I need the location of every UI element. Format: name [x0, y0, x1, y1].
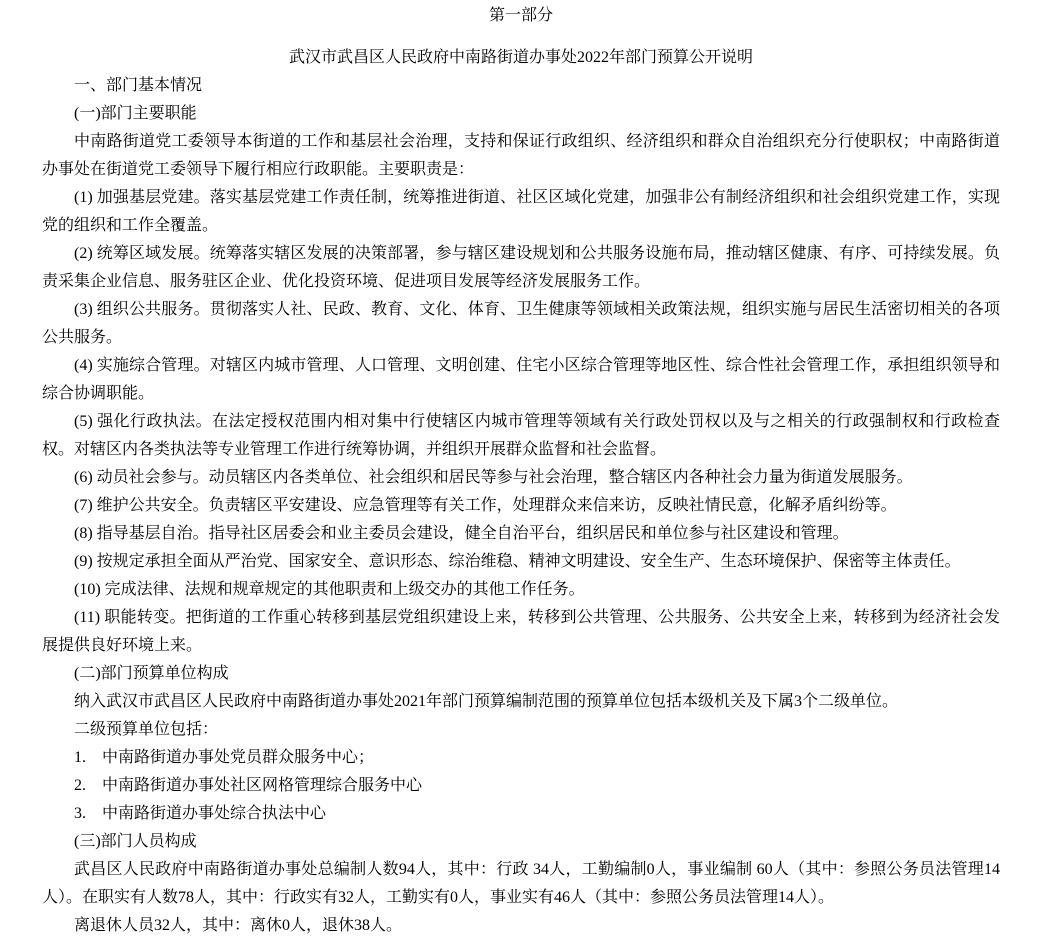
subsection-heading-budget-units: (二)部门预算单位构成 — [42, 660, 1000, 688]
section-heading-basic-info: 一、部门基本情况 — [42, 72, 1000, 100]
duty-item: (11) 职能转变。把街道的工作重心转移到基层党组织建设上来，转移到公共管理、公… — [42, 604, 1000, 660]
duty-item: (8) 指导基层自治。指导社区居委会和业主委员会建设，健全自治平台，组织居民和单… — [42, 520, 1000, 548]
duty-item: (3) 组织公共服务。贯彻落实人社、民政、教育、文化、体育、卫生健康等领域相关政… — [42, 296, 1000, 352]
secondary-unit-item: 1. 中南路街道办事处党员群众服务中心； — [42, 744, 1000, 772]
duty-item: (6) 动员社会参与。动员辖区内各类单位、社会组织和居民等参与社会治理，整合辖区… — [42, 464, 1000, 492]
document-page: 第一部分 武汉市武昌区人民政府中南路街道办事处2022年部门预算公开说明 一、部… — [0, 0, 1044, 941]
retirees-paragraph: 离退休人员32人，其中：离休0人，退休38人。 — [42, 912, 1000, 940]
duty-item: (10) 完成法律、法规和规章规定的其他职责和上级交办的其他工作任务。 — [42, 576, 1000, 604]
duty-item: (2) 统筹区域发展。统筹落实辖区发展的决策部署，参与辖区建设规划和公共服务设施… — [42, 240, 1000, 296]
functions-intro-paragraph: 中南路街道党工委领导本街道的工作和基层社会治理，支持和保证行政组织、经济组织和群… — [42, 128, 1000, 184]
duty-item: (4) 实施综合管理。对辖区内城市管理、人口管理、文明创建、住宅小区综合管理等地… — [42, 352, 1000, 408]
staffing-paragraph: 武昌区人民政府中南路街道办事处总编制人数94人，其中：行政 34人，工勤编制0人… — [42, 856, 1000, 912]
secondary-unit-item: 3. 中南路街道办事处综合执法中心 — [42, 800, 1000, 828]
document-title: 武汉市武昌区人民政府中南路街道办事处2022年部门预算公开说明 — [42, 44, 1000, 72]
duty-item: (9) 按规定承担全面从严治党、国家安全、意识形态、综治维稳、精神文明建设、安全… — [42, 548, 1000, 576]
subsection-heading-main-functions: (一)部门主要职能 — [42, 100, 1000, 128]
duty-item: (5) 强化行政执法。在法定授权范围内相对集中行使辖区内城市管理等领域有关行政处… — [42, 408, 1000, 464]
duty-item: (7) 维护公共安全。负责辖区平安建设、应急管理等有关工作，处理群众来信来访，反… — [42, 492, 1000, 520]
duty-item: (1) 加强基层党建。落实基层党建工作责任制，统筹推进街道、社区区域化党建，加强… — [42, 184, 1000, 240]
subsection-heading-staff: (三)部门人员构成 — [42, 828, 1000, 856]
secondary-unit-item: 2. 中南路街道办事处社区网格管理综合服务中心 — [42, 772, 1000, 800]
part-heading: 第一部分 — [42, 2, 1000, 30]
secondary-units-intro: 二级预算单位包括： — [42, 716, 1000, 744]
budget-scope-paragraph: 纳入武汉市武昌区人民政府中南路街道办事处2021年部门预算编制范围的预算单位包括… — [42, 688, 1000, 716]
